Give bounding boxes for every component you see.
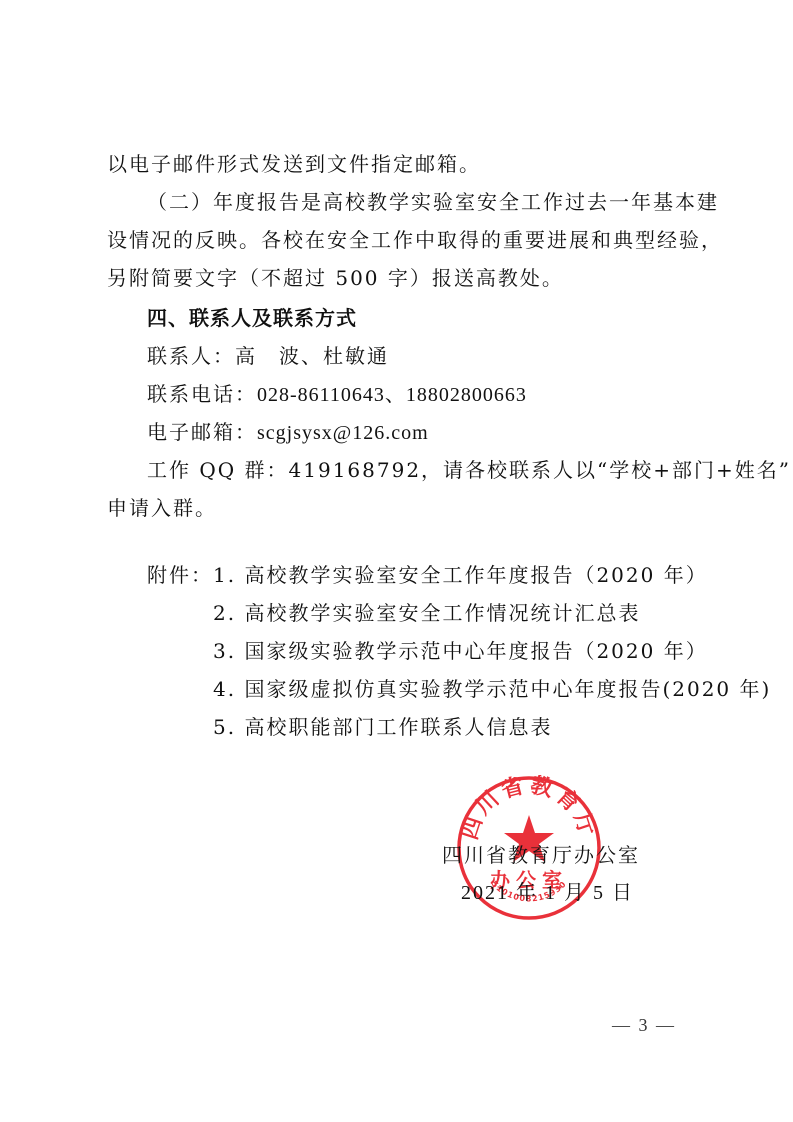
- section-heading-contacts: 四、联系人及联系方式: [147, 306, 357, 330]
- document-page: 以电子邮件形式发送到文件指定邮箱。 （二）年度报告是高校教学实验室安全工作过去一…: [0, 0, 793, 1122]
- contact-qq-row: 工作 QQ 群：419168792，请各校联系人以“学校+部门+姓名”: [147, 458, 791, 482]
- contact-qq-value: 419168792，请各校联系人以“学校+部门+姓名”: [289, 458, 792, 482]
- attachment-item-4: 4. 国家级虚拟仿真实验教学示范中心年度报告(2020 年): [213, 677, 771, 701]
- paragraph-annual-report-line2: 设情况的反映。各校在安全工作中取得的重要进展和典型经验，: [107, 228, 723, 252]
- contact-phone-row: 联系电话：028-86110643、18802800663: [147, 382, 527, 407]
- paragraph-annual-report-line3: 另附简要文字（不超过 500 字）报送高教处。: [107, 266, 564, 290]
- contact-person-row: 联系人：高 波、杜敏通: [147, 344, 389, 368]
- attachments-label: 附件：: [147, 563, 213, 587]
- paragraph-continuation: 以电子邮件形式发送到文件指定邮箱。: [107, 152, 481, 176]
- issue-date: 2021 年 1 月 5 日: [461, 881, 634, 905]
- contact-phone-label: 联系电话：: [147, 382, 257, 406]
- page-number: — 3 —: [612, 1015, 676, 1036]
- contact-phone-value: 028-86110643、18802800663: [257, 384, 527, 406]
- contact-email-value: scgjsysx@126.com: [257, 422, 429, 444]
- attachment-item-5: 5. 高校职能部门工作联系人信息表: [213, 715, 552, 739]
- contact-person-label: 联系人：: [147, 344, 235, 368]
- attachment-item-2: 2. 高校教学实验室安全工作情况统计汇总表: [213, 601, 640, 625]
- attachment-item-1: 1. 高校教学实验室安全工作年度报告（2020 年）: [213, 563, 708, 587]
- issuer-signature: 四川省教育厅办公室: [442, 843, 640, 867]
- svg-text:四川省教育厅: 四川省教育厅: [457, 775, 600, 843]
- contact-qq-label: 工作 QQ 群：: [147, 458, 289, 482]
- contact-email-row: 电子邮箱：scgjsysx@126.com: [147, 420, 429, 445]
- contact-qq-line2: 申请入群。: [107, 496, 217, 520]
- contact-person-names: 高 波、杜敏通: [235, 344, 389, 368]
- paragraph-annual-report-line1: （二）年度报告是高校教学实验室安全工作过去一年基本建: [147, 190, 719, 214]
- attachment-item-3: 3. 国家级实验教学示范中心年度报告（2020 年）: [213, 639, 708, 663]
- contact-email-label: 电子邮箱：: [147, 420, 257, 444]
